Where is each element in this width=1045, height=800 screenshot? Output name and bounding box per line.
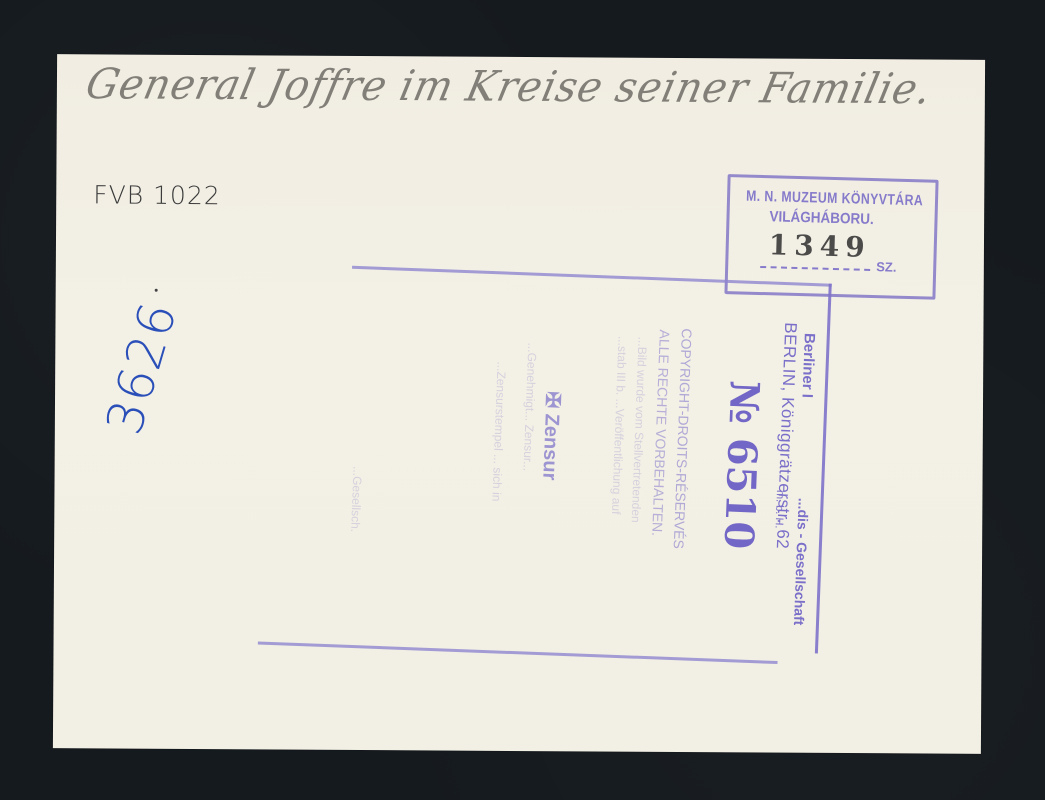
stamp-copyright: COPYRIGHT-DROITS-RÉSERVÉS [671, 328, 695, 549]
stamp-line-world-war: VILÁGHÁBORU. [769, 208, 874, 228]
copyright-stamp: Berliner I ...dis - Gesellschaft m. b. H… [257, 263, 831, 676]
stamp-frame-bottom [258, 642, 778, 665]
stamp-faint-line: ...Genehmigt... Zensur... [521, 342, 540, 471]
stamp-line-library: M. N. MUZEUM KÖNYVTÁRA [746, 188, 924, 210]
stamp-faint-line: ...Bild wurde vom Stellvertretenden [629, 336, 650, 522]
ink-dot [155, 289, 158, 292]
stamp-faint-line: ...Zensurstempel ... sich in [489, 361, 508, 501]
inventory-number: 3626 [95, 295, 189, 441]
photo-back-paper: General Joffre im Kreise seiner Familie.… [53, 54, 985, 754]
stamp-gesellschaft: ...dis - Gesellschaft [791, 498, 812, 626]
stamp-rights: ALLE RECHTE VORBEHALTEN. [649, 329, 673, 536]
catalog-code: FVB 1022 [93, 180, 221, 210]
stamp-suffix: SZ. [876, 259, 897, 275]
stamp-berliner: Berliner I [798, 333, 817, 399]
stamp-dashed-line [760, 266, 870, 271]
stamp-faint-line: ...Gesellsch. [348, 466, 364, 533]
handwritten-caption: General Joffre im Kreise seiner Familie. [82, 60, 937, 113]
stamp-faint-line: ...stab III b. ...Veröffentlichung auf [609, 336, 630, 515]
stamp-zensur-mark: ✠ Zensur [537, 391, 565, 481]
stamp-number: 1349 [768, 228, 871, 264]
stamp-photo-number: № 6510 [715, 380, 768, 550]
